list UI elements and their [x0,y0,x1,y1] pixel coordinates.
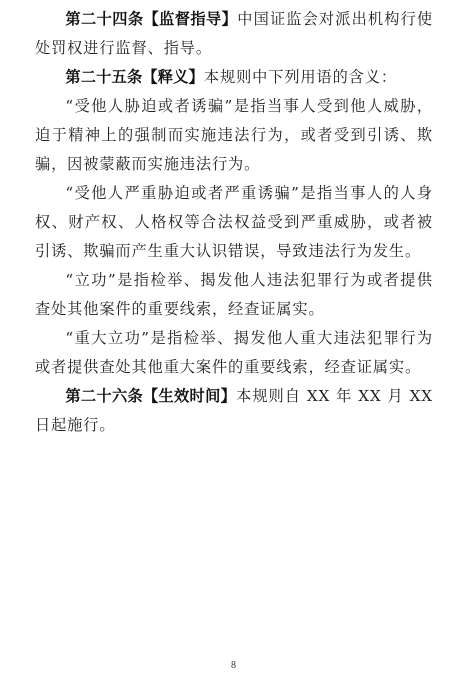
article-heading: 第二十五条【释义】 [65,68,204,86]
page-number: 8 [0,660,467,671]
definition-meritorious: “立功”是指检举、揭发他人违法犯罪行为或者提供查处其他案件的重要线索，经查证属实… [35,266,433,324]
article-body: 本规则中下列用语的含义： [204,68,397,86]
article-26: 第二十六条【生效时间】本规则自 XX 年 XX 月 XX 日起施行。 [35,382,433,440]
definition-text: “立功”是指检举、揭发他人违法犯罪行为或者提供查处其他案件的重要线索，经查证属实… [35,271,433,318]
article-25: 第二十五条【释义】本规则中下列用语的含义： [35,63,433,92]
definition-severe-coercion: “受他人严重胁迫或者严重诱骗”是指当事人的人身权、财产权、人格权等合法权益受到严… [35,179,433,266]
document-page: 第二十四条【监督指导】中国证监会对派出机构行使处罚权进行监督、指导。 第二十五条… [35,5,433,440]
definition-coercion: “受他人胁迫或者诱骗”是指当事人受到他人威胁，迫于精神上的强制而实施违法行为，或… [35,92,433,179]
definition-text: “受他人胁迫或者诱骗”是指当事人受到他人威胁，迫于精神上的强制而实施违法行为，或… [35,97,433,173]
definition-text: “重大立功”是指检举、揭发他人重大违法犯罪行为或者提供查处其他重大案件的重要线索… [35,329,433,376]
article-heading: 第二十四条【监督指导】 [65,10,237,28]
definition-major-meritorious: “重大立功”是指检举、揭发他人重大违法犯罪行为或者提供查处其他重大案件的重要线索… [35,324,433,382]
definition-text: “受他人严重胁迫或者严重诱骗”是指当事人的人身权、财产权、人格权等合法权益受到严… [35,184,433,260]
article-heading: 第二十六条【生效时间】 [65,387,236,405]
article-24: 第二十四条【监督指导】中国证监会对派出机构行使处罚权进行监督、指导。 [35,5,433,63]
